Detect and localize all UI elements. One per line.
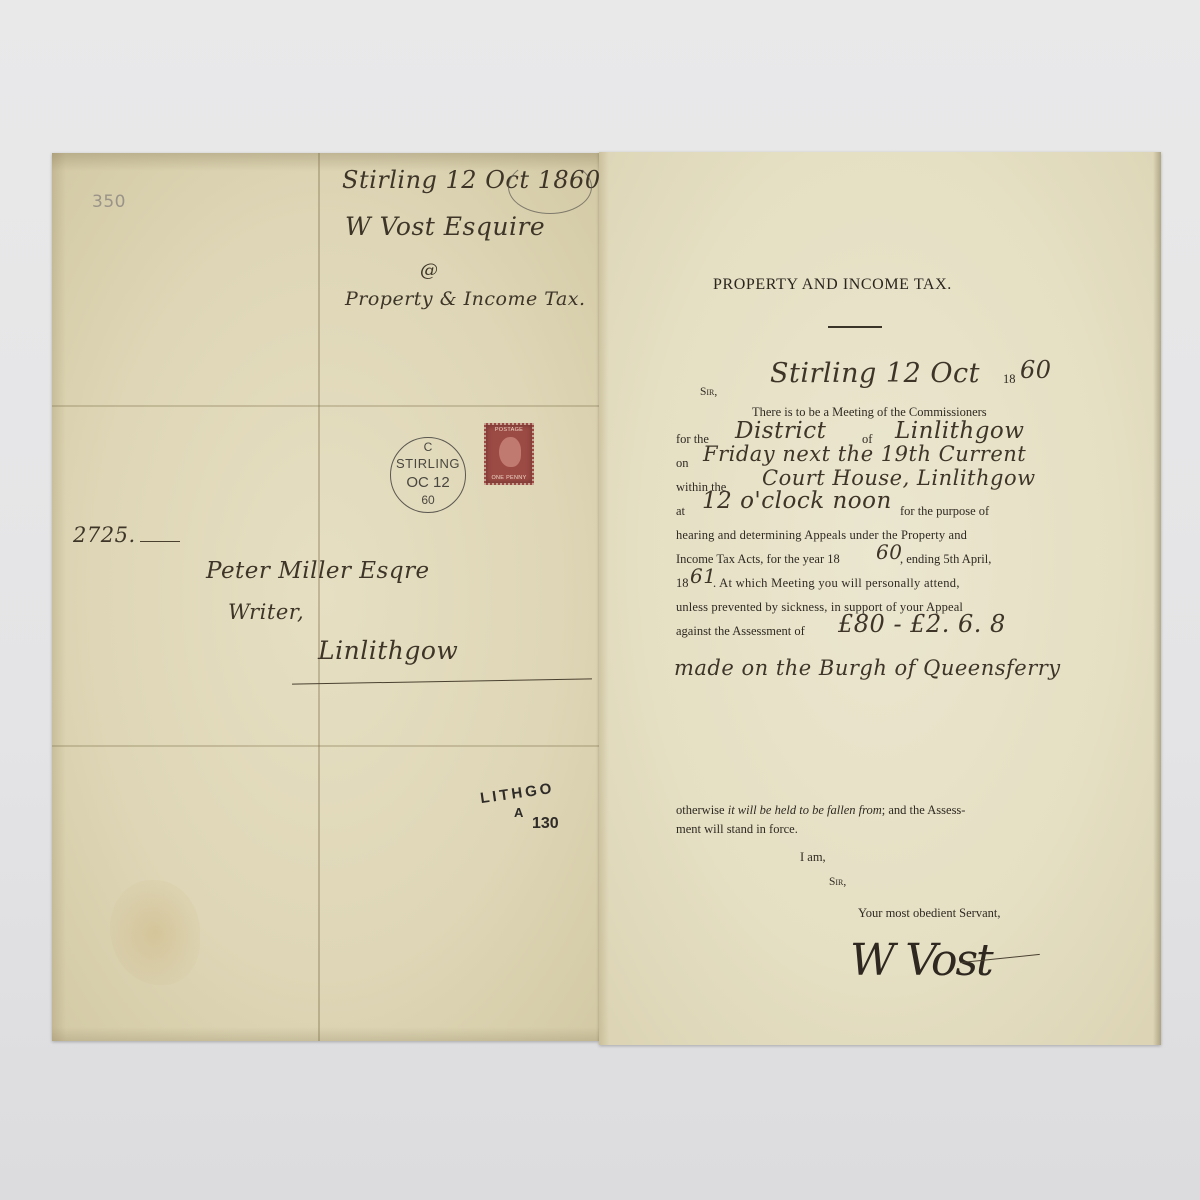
reference-number: 2725.	[73, 523, 136, 547]
dateline-year: 60	[1020, 356, 1052, 384]
addressee-occupation: Writer,	[228, 600, 304, 624]
stamp-bottom-text: ONE PENNY	[486, 475, 532, 481]
postmark-code: C	[391, 440, 465, 454]
notice-title: PROPERTY AND INCOME TAX.	[713, 276, 952, 294]
body-line-3a: 18	[676, 576, 689, 591]
dateline-year-prefix: 18	[1003, 372, 1016, 387]
queen-victoria-portrait-icon	[499, 437, 521, 467]
body-line-2b: , ending 5th April,	[900, 552, 991, 567]
addressee-town: Linlithgow	[318, 636, 458, 665]
assessment-location: made on the Burgh of Queensferry	[674, 656, 1061, 680]
assessment-value: £80 - £2. 6. 8	[838, 610, 1006, 638]
receiving-mark-code: 130	[532, 815, 559, 833]
sender-office: Property & Income Tax.	[345, 288, 586, 310]
body-line-5: against the Assessment of	[676, 624, 805, 639]
closing-text-post: ; and the Assess-	[882, 803, 966, 817]
tax-year-start: 60	[876, 540, 902, 564]
field-label-at: at	[676, 504, 685, 519]
postmark-town: STIRLING	[391, 456, 465, 471]
horizontal-fold-line-lower	[52, 745, 599, 747]
postmark-year: 60	[391, 493, 465, 507]
body-line-1: hearing and determining Appeals under th…	[676, 528, 967, 543]
field-value-venue: Court House, Linlithgow	[762, 466, 1036, 490]
vertical-fold-line	[318, 153, 320, 1041]
pencil-number: 350	[92, 192, 126, 212]
sender-at: @	[420, 260, 439, 281]
valediction-sir: Sir,	[829, 876, 846, 888]
notice-dateline: Stirling 12 Oct	[770, 358, 980, 389]
penny-red-stamp: POSTAGE ONE PENNY	[484, 423, 534, 485]
closing-line-1: otherwise it will be held to be fallen f…	[676, 803, 965, 818]
partial-postmark-top	[508, 160, 592, 214]
closing-text-pre: otherwise	[676, 803, 728, 817]
field-value-linlithgow: Linlithgow	[895, 418, 1024, 444]
closing-text-italic: it will be held to be fallen from	[728, 803, 882, 817]
field-label-on: on	[676, 456, 689, 471]
stirling-postmark: C STIRLING OC 12 60	[390, 437, 466, 513]
closing-line-2: ment will stand in force.	[676, 822, 798, 837]
field-suffix-purpose: for the purpose of	[900, 504, 989, 519]
title-rule	[828, 326, 882, 328]
valediction-servant: Your most obedient Servant,	[858, 906, 1000, 921]
stamp-top-text: POSTAGE	[486, 427, 532, 433]
addressee-name: Peter Miller Esqre	[206, 558, 430, 584]
field-value-time: 12 o'clock noon	[702, 488, 892, 514]
field-value-district: District	[735, 418, 826, 444]
postmark-date: OC 12	[391, 474, 465, 491]
horizontal-fold-line-upper	[52, 405, 599, 407]
reference-dash	[140, 541, 180, 542]
sender-name: W Vost Esquire	[345, 212, 545, 241]
linlithgow-receiving-mark: LITHGO A 130	[462, 785, 592, 845]
salutation: Sir,	[700, 386, 717, 398]
valediction-i-am: I am,	[800, 850, 826, 865]
field-value-meeting-day: Friday next the 19th Current	[703, 442, 1026, 466]
body-line-3b: . At which Meeting you will personally a…	[713, 576, 960, 591]
receiving-mark-letter: A	[514, 805, 523, 820]
